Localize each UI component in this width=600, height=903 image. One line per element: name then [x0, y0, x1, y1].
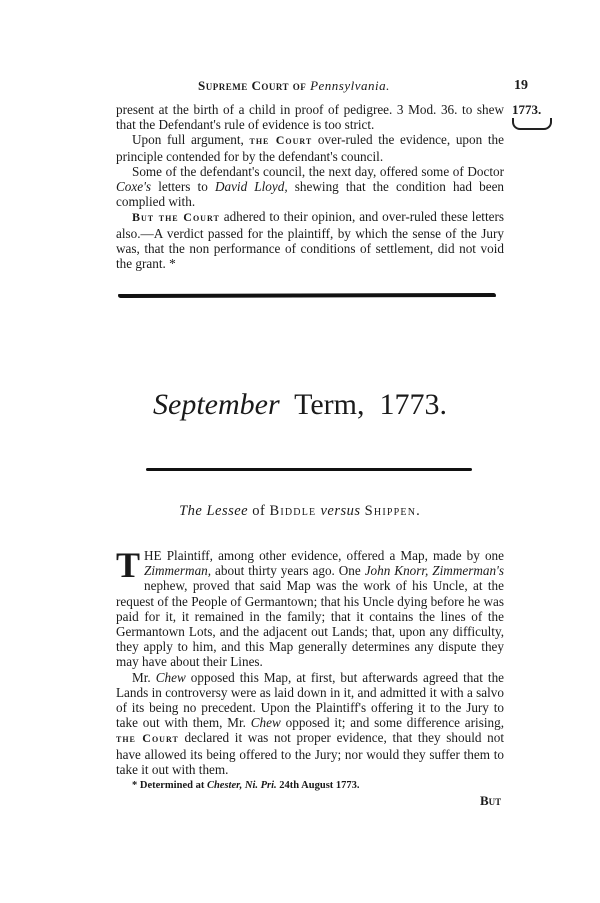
term-heading: September Term, 1773.	[0, 388, 600, 422]
heading-rule	[146, 468, 472, 471]
continuation-text: present at the birth of a child in proof…	[116, 102, 504, 271]
margin-brace	[512, 118, 552, 130]
text: versus	[320, 503, 360, 519]
catchword: But	[480, 793, 501, 809]
section-divider-rule	[118, 293, 496, 298]
name-john-knorr: John Knorr, Zimmerman's	[365, 563, 504, 578]
defendant-name: Shippen.	[365, 503, 421, 519]
text: Mr.	[132, 670, 151, 685]
name-chew: Chew	[156, 670, 186, 685]
name-chew: Chew	[251, 715, 281, 730]
footnote-marker: *	[132, 780, 137, 791]
text: of	[252, 503, 265, 519]
text: 24th August 1773.	[279, 780, 359, 791]
case-title: The Lessee of Biddle versus Shippen.	[0, 503, 600, 520]
the-court: the Court	[249, 133, 312, 147]
running-title: Supreme Court of Pennsylvania.	[198, 78, 390, 94]
paragraph-3: Some of the defendant's council, the nex…	[116, 164, 504, 210]
margin-year-note: 1773.	[512, 102, 541, 118]
case-body: T HE Plaintiff, among other evidence, of…	[116, 548, 504, 777]
plaintiff-name: Biddle	[269, 503, 316, 519]
text: Lessee	[206, 503, 248, 519]
name-david-lloyd: David Lloyd,	[215, 179, 288, 194]
the-court: But the Court	[132, 210, 220, 224]
paragraph-2: Upon full argument, the Court over-ruled…	[116, 132, 504, 163]
text: The	[179, 503, 202, 519]
book-page: Supreme Court of Pennsylvania. 19 1773. …	[0, 0, 600, 903]
text: Determined at	[140, 780, 204, 791]
text: opposed it; and some difference arising,	[286, 715, 504, 730]
text: Upon full argument,	[132, 132, 244, 147]
text: Some of the defendant's council, the nex…	[132, 164, 504, 179]
footnote-abbr: Ni. Pri.	[245, 780, 277, 791]
name-coxe: Coxe's	[116, 179, 151, 194]
running-head: Supreme Court of Pennsylvania. 19	[118, 78, 538, 98]
text: about thirty years ago. One	[215, 563, 361, 578]
paragraph-4: But the Court adhered to their opinion, …	[116, 209, 504, 271]
footnote-place: Chester,	[207, 780, 242, 791]
text: nephew, proved that said Map was the wor…	[116, 578, 504, 669]
paragraph-1: present at the birth of a child in proof…	[116, 102, 504, 132]
text: letters to	[158, 179, 208, 194]
term-word: Term,	[294, 388, 364, 421]
running-title-place: Pennsylvania.	[310, 78, 390, 93]
page-number: 19	[514, 78, 528, 94]
the-court: the Court	[116, 731, 179, 745]
name-zimmerman: Zimmerman,	[144, 563, 211, 578]
running-title-prefix: Supreme Court of	[198, 78, 306, 93]
case-paragraph-1: T HE Plaintiff, among other evidence, of…	[116, 548, 504, 670]
footnote: * Determined at Chester, Ni. Pri. 24th A…	[132, 780, 360, 791]
term-year: 1773.	[379, 388, 447, 421]
case-paragraph-2: Mr. Chew opposed this Map, at first, but…	[116, 670, 504, 777]
text: HE Plaintiff, among other evidence, offe…	[144, 548, 504, 563]
term-month: September	[153, 388, 280, 421]
drop-cap: T	[116, 550, 140, 580]
